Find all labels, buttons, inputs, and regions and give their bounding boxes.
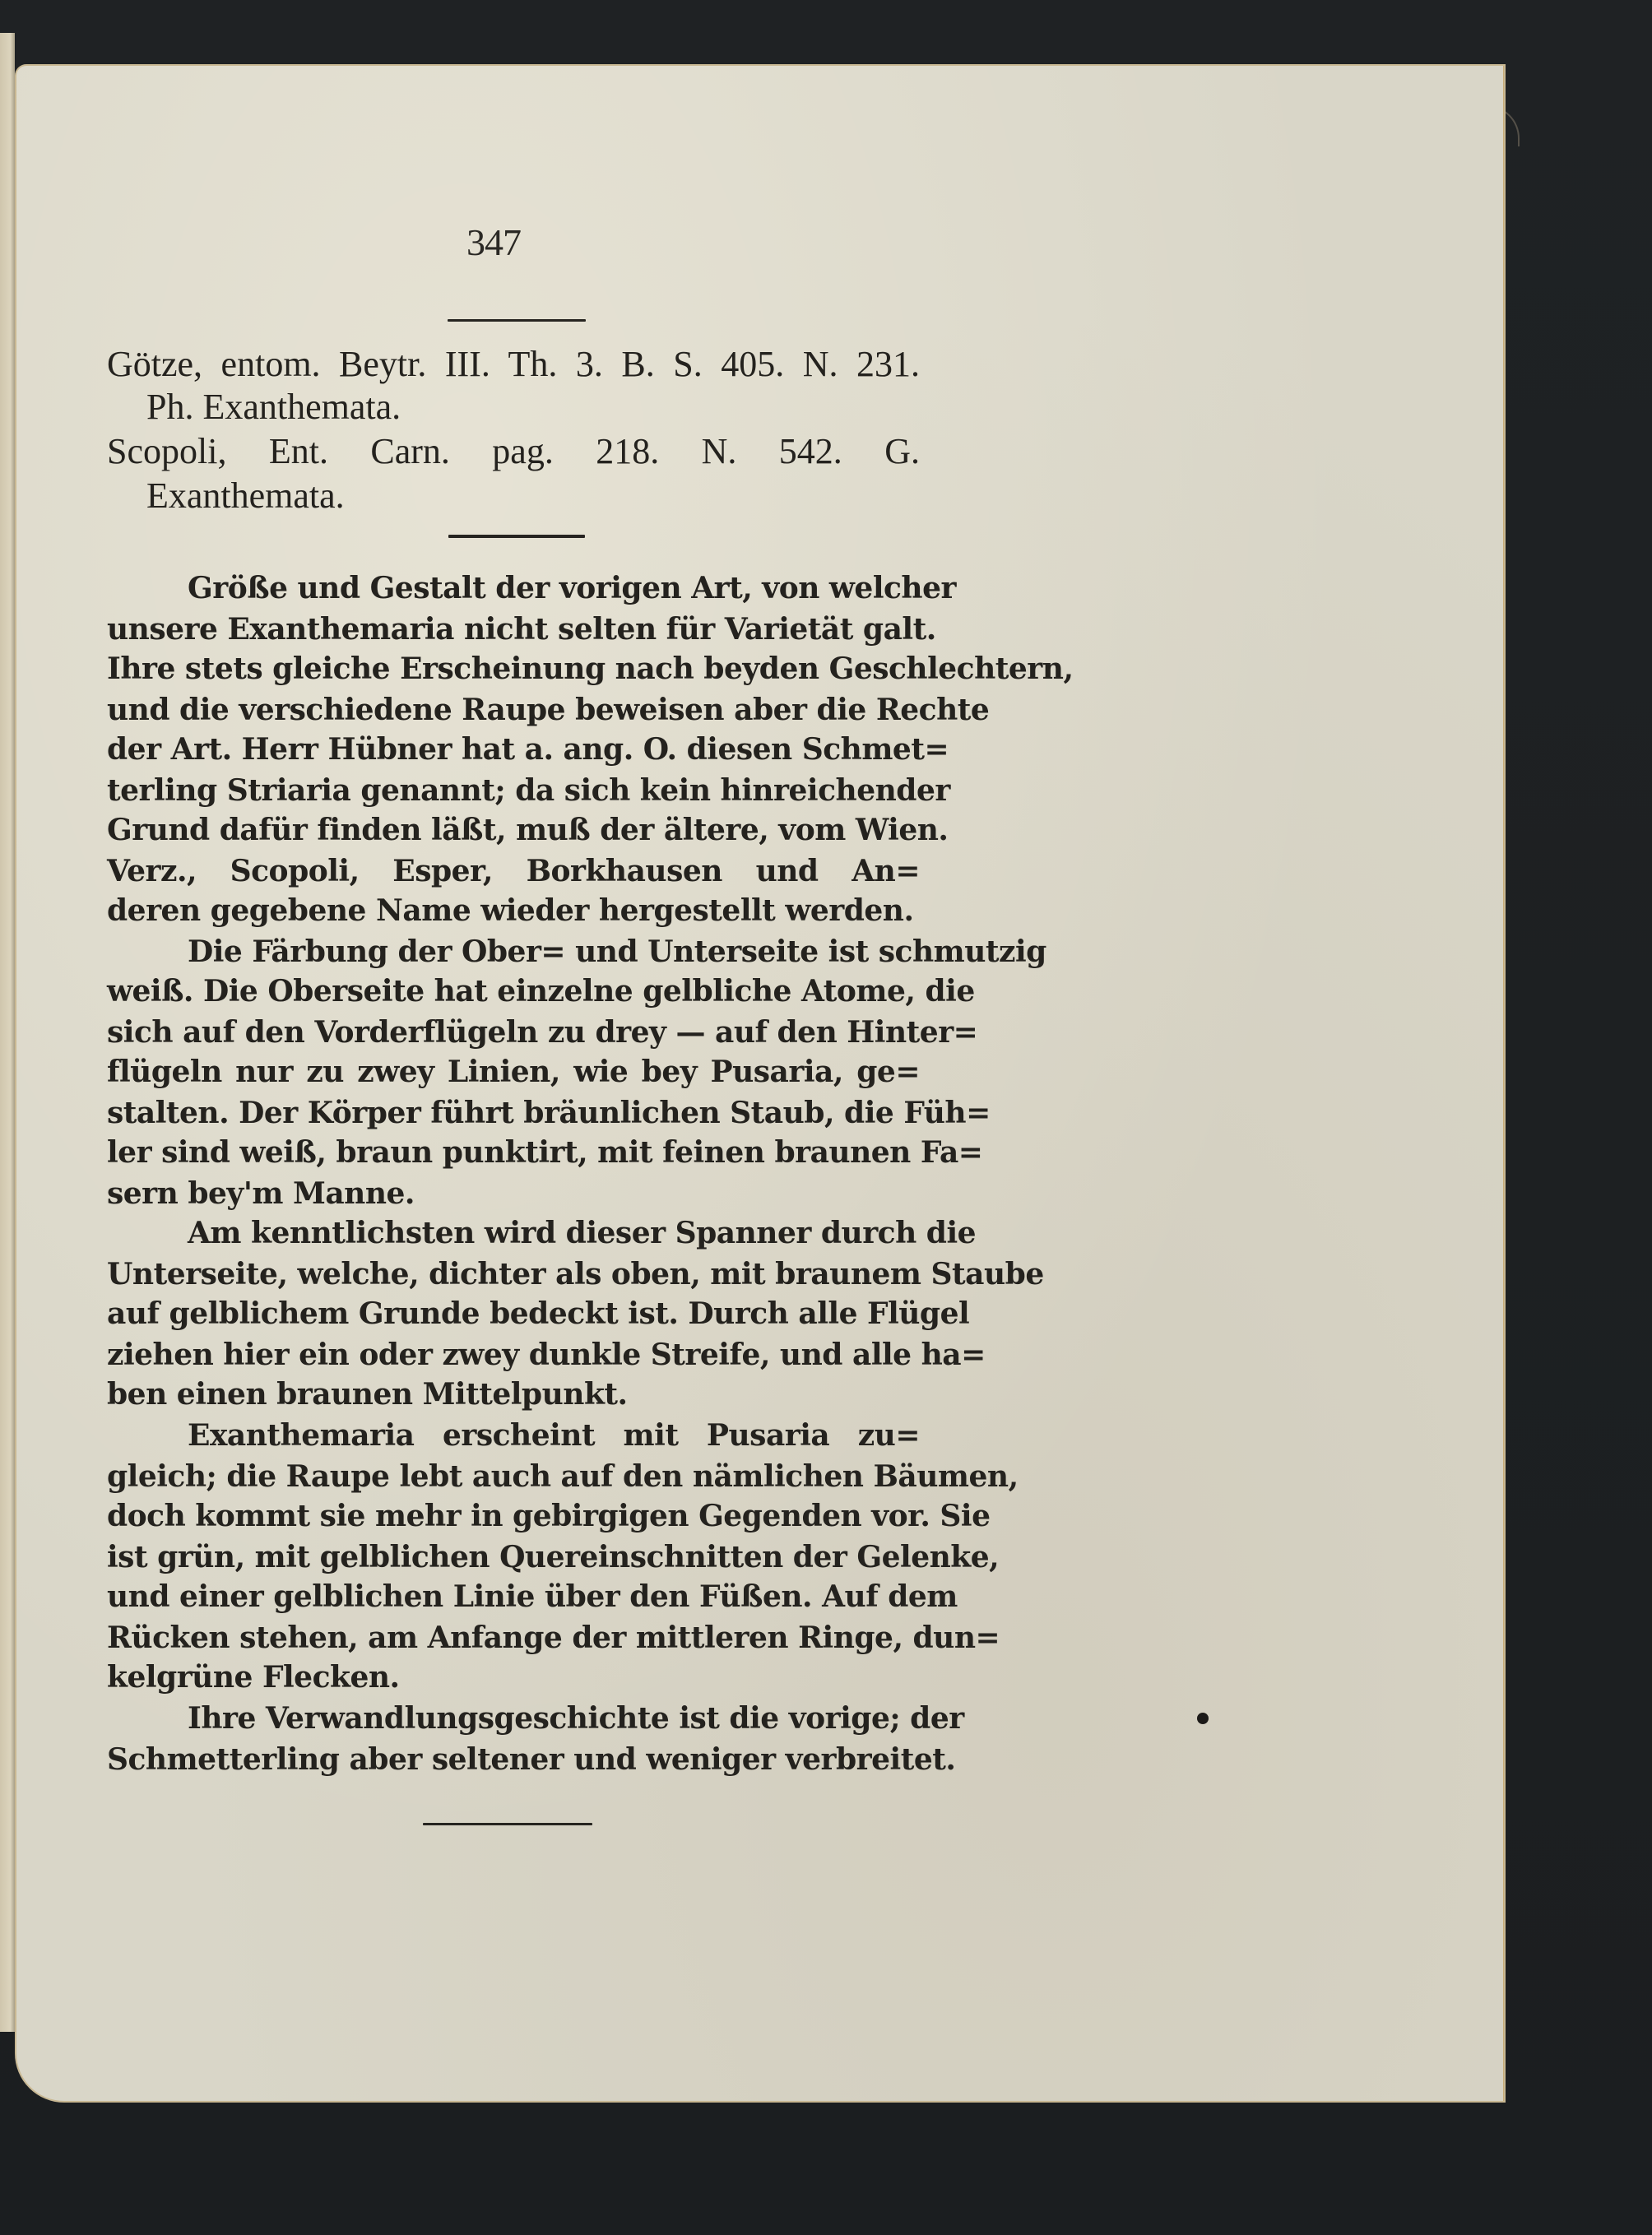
paragraph-line: weiß. Die Oberseite hat einzelne gelblic… (107, 971, 920, 1012)
paragraph-line: ziehen hier ein oder zwey dunkle Streife… (107, 1334, 920, 1375)
page-number: 347 (452, 220, 535, 264)
paragraph-line: doch kommt sie mehr in gebirgigen Gegend… (107, 1495, 920, 1537)
paragraph-line: Exanthemaria erscheint mit Pusaria zu= (188, 1415, 920, 1456)
section-rule (448, 535, 585, 538)
paragraph-line: kelgrüne Flecken. (107, 1657, 920, 1698)
paragraph-line: ben einen braunen Mittelpunkt. (107, 1374, 920, 1415)
paragraph-line: und einer gelblichen Linie über den Füße… (107, 1576, 920, 1617)
paragraph-line: ist grün, mit gelblichen Quereinschnitte… (107, 1537, 920, 1578)
paragraph-line: Unterseite, welche, dichter als oben, mi… (107, 1254, 920, 1295)
paragraph-line: Schmetterling aber seltener und weniger … (107, 1739, 920, 1780)
paragraph-line: Ihre Verwandlungsgeschichte ist die vori… (188, 1698, 920, 1739)
paragraph-line: Verz., Scopoli, Esper, Borkhausen und An… (107, 851, 920, 892)
paragraph-line: Größe und Gestalt der vorigen Art, von w… (188, 568, 920, 609)
reference-line: Ph. Exanthemata. (146, 387, 920, 428)
paragraph-line: Die Färbung der Ober= und Unterseite ist… (188, 931, 920, 972)
paragraph-line: und die verschiedene Raupe beweisen aber… (107, 689, 920, 730)
reference-line: Exanthemata. (146, 475, 920, 517)
book-gutter (0, 33, 15, 2032)
paragraph-line: auf gelblichem Grunde bedeckt ist. Durch… (107, 1293, 920, 1334)
paragraph-line: ler sind weiß, braun punktirt, mit feine… (107, 1132, 920, 1173)
paragraph-line: stalten. Der Körper führt bräunlichen St… (107, 1092, 920, 1134)
paragraph-line: sern bey'm Manne. (107, 1173, 920, 1214)
paragraph-line: Am kenntlichsten wird dieser Spanner dur… (188, 1213, 920, 1254)
paragraph-line: unsere Exanthemaria nicht selten für Var… (107, 609, 920, 650)
paragraph-line: terling Striaria genannt; da sich kein h… (107, 770, 920, 811)
reference-line: Götze, entom. Beytr. III. Th. 3. B. S. 4… (107, 344, 920, 385)
paragraph-line: Rücken stehen, am Anfange der mittleren … (107, 1617, 920, 1658)
page-sheet: 347 Götze, entom. Beytr. III. Th. 3. B. … (15, 64, 1506, 2103)
end-rule (423, 1823, 592, 1825)
ink-speck (1197, 1713, 1209, 1724)
page-number-rule (448, 319, 586, 322)
paragraph-line: der Art. Herr Hübner hat a. ang. O. dies… (107, 729, 920, 770)
reference-line: Scopoli, Ent. Carn. pag. 218. N. 542. G. (107, 431, 920, 472)
paragraph-line: Ihre stets gleiche Erscheinung nach beyd… (107, 648, 920, 689)
paragraph-line: sich auf den Vorderflügeln zu drey — auf… (107, 1012, 920, 1053)
paragraph-line: flügeln nur zu zwey Linien, wie bey Pusa… (107, 1051, 920, 1092)
scanned-book-page: 347 Götze, entom. Beytr. III. Th. 3. B. … (0, 0, 1652, 2235)
paragraph-line: Grund dafür finden läßt, muß der ältere,… (107, 809, 920, 851)
paragraph-line: deren gegebene Name wieder hergestellt w… (107, 890, 920, 931)
paragraph-line: gleich; die Raupe lebt auch auf den näml… (107, 1456, 920, 1497)
